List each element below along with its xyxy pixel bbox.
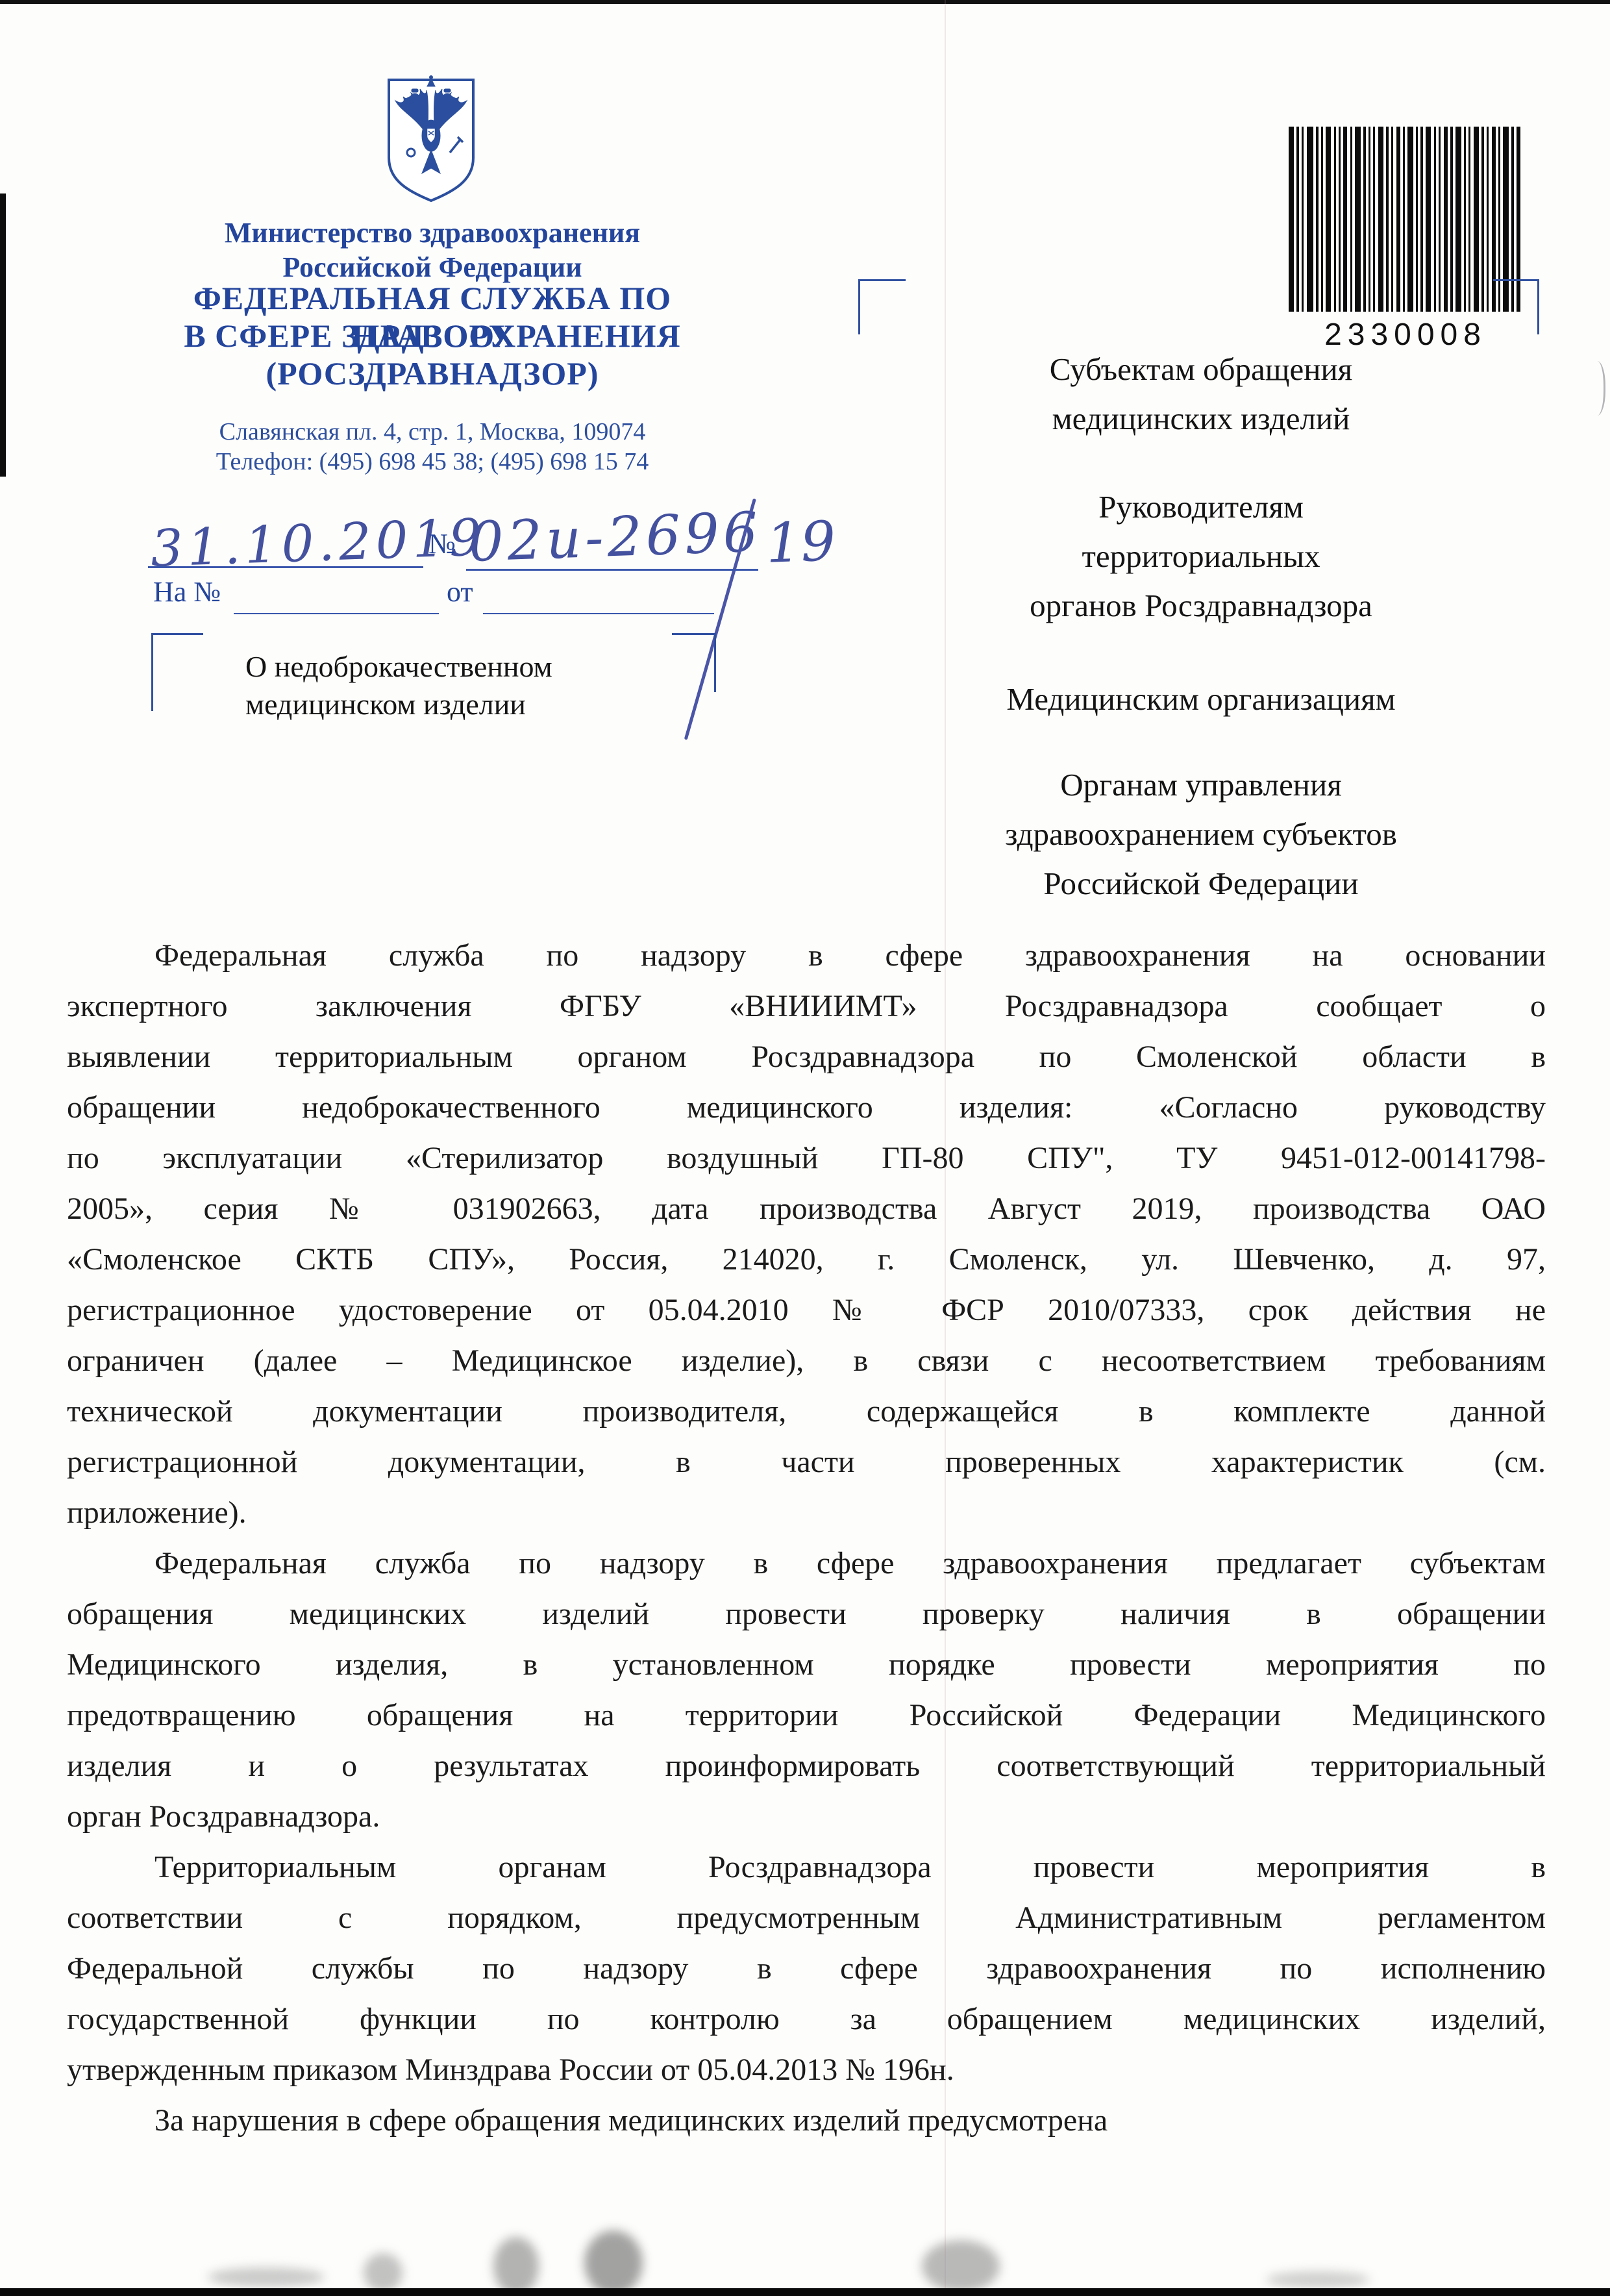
body-line: технической документации производителя, … xyxy=(67,1386,1546,1437)
body-line: утвержденным приказом Минздрава России о… xyxy=(67,2045,1546,2095)
handwritten-number-suffix: 19 xyxy=(765,509,836,575)
date-underline xyxy=(148,566,423,568)
body-line: обращении недоброкачественного медицинск… xyxy=(67,1082,1546,1133)
body-line: приложение). xyxy=(67,1488,1546,1538)
scan-edge-bottom xyxy=(0,2288,1610,2296)
subject-block: О недоброкачественном медицинском издели… xyxy=(245,648,552,723)
body-line: экспертного заключения ФГБУ «ВНИИИМТ» Ро… xyxy=(67,981,1546,1032)
body-line: выявлении территориальным органом Росздр… xyxy=(67,1032,1546,1082)
recipient-line: территориальных xyxy=(857,538,1545,575)
reply-date-label: от xyxy=(447,575,473,608)
subject-corner-bracket-right xyxy=(672,633,716,692)
body-line: Медицинского изделия, в установленном по… xyxy=(67,1640,1546,1690)
scan-smudge xyxy=(493,2237,539,2295)
number-underline xyxy=(466,569,758,571)
service-name-line3: (РОСЗДРАВНАДЗОР) xyxy=(140,355,724,392)
scanned-letter-page: Министерство здравоохранения Российской … xyxy=(0,0,1610,2296)
russian-coat-of-arms-icon xyxy=(382,75,480,205)
body-line: Федеральная служба по надзору в сфере зд… xyxy=(67,1538,1546,1589)
body-line: обращения медицинских изделий провести п… xyxy=(67,1589,1546,1640)
scan-smudge xyxy=(208,2267,325,2287)
barcode xyxy=(1289,127,1522,312)
body-line: предотвращению обращения на территории Р… xyxy=(67,1690,1546,1741)
recipient-line: Медицинским организациям xyxy=(857,680,1545,717)
recipient-line: Субъектам обращения xyxy=(857,351,1545,388)
body-line: 2005», серия № 031902663, дата производс… xyxy=(67,1184,1546,1234)
letterhead-phone: Телефон: (495) 698 45 38; (495) 698 15 7… xyxy=(140,447,724,477)
scan-smudge xyxy=(364,2253,402,2292)
recipient-line: медицинских изделий xyxy=(857,400,1545,437)
body-line: Федеральной службы по надзору в сфере зд… xyxy=(67,1943,1546,1994)
reply-number-label: На № xyxy=(153,575,221,608)
letterhead-address: Славянская пл. 4, стр. 1, Москва, 109074 xyxy=(140,417,724,447)
body-line: орган Росздравнадзора. xyxy=(67,1791,1546,1842)
body-line: по эксплуатации «Стерилизатор воздушный … xyxy=(67,1133,1546,1184)
recipient-line: органов Росздравнадзора xyxy=(857,587,1545,624)
scan-smudge xyxy=(1266,2271,1370,2288)
recipient-line: здравоохранением субъектов xyxy=(857,816,1545,853)
scan-arc-artifact xyxy=(1592,361,1605,416)
recipient-line: Органам управления xyxy=(857,766,1545,803)
handwritten-number: 02и-2696 xyxy=(467,500,762,574)
subject-line2: медицинском изделии xyxy=(245,686,552,723)
body-line: соответствии с порядком, предусмотренным… xyxy=(67,1893,1546,1943)
ministry-name-line1: Министерство здравоохранения xyxy=(140,216,724,250)
body-line: изделия и о результатах проинформировать… xyxy=(67,1741,1546,1791)
recipient-line: Российской Федерации xyxy=(857,865,1545,902)
recipient-corner-bracket-right xyxy=(1493,279,1539,334)
body-line: «Смоленское СКТБ СПУ», Россия, 214020, г… xyxy=(67,1234,1546,1285)
subject-corner-bracket-left xyxy=(151,633,203,711)
barcode-number: 2330008 xyxy=(1289,317,1522,353)
scan-smudge xyxy=(584,2230,643,2295)
body-line: регистрационной документации, в части пр… xyxy=(67,1437,1546,1488)
body-line: Территориальным органам Росздравнадзора … xyxy=(67,1842,1546,1893)
body-line: За нарушения в сфере обращения медицинск… xyxy=(67,2095,1546,2146)
reply-date-blank-line xyxy=(483,613,714,614)
scan-edge-left xyxy=(0,193,6,477)
body-line: Федеральная служба по надзору в сфере зд… xyxy=(67,930,1546,981)
scan-edge-top xyxy=(0,0,1610,4)
recipient-corner-bracket-left xyxy=(858,279,906,334)
scan-smudge xyxy=(922,2240,1000,2292)
body-line: ограничен (далее – Медицинское изделие),… xyxy=(67,1336,1546,1386)
number-sign: № xyxy=(428,527,456,560)
service-name-line2: В СФЕРЕ ЗДРАВООХРАНЕНИЯ xyxy=(140,317,724,355)
recipient-line: Руководителям xyxy=(857,488,1545,525)
body-line: государственной функции по контролю за о… xyxy=(67,1994,1546,2045)
subject-line1: О недоброкачественном xyxy=(245,648,552,686)
body-line: регистрационное удостоверение от 05.04.2… xyxy=(67,1285,1546,1336)
letter-body: Федеральная служба по надзору в сфере зд… xyxy=(67,930,1546,2146)
reply-number-blank-line xyxy=(234,613,439,614)
